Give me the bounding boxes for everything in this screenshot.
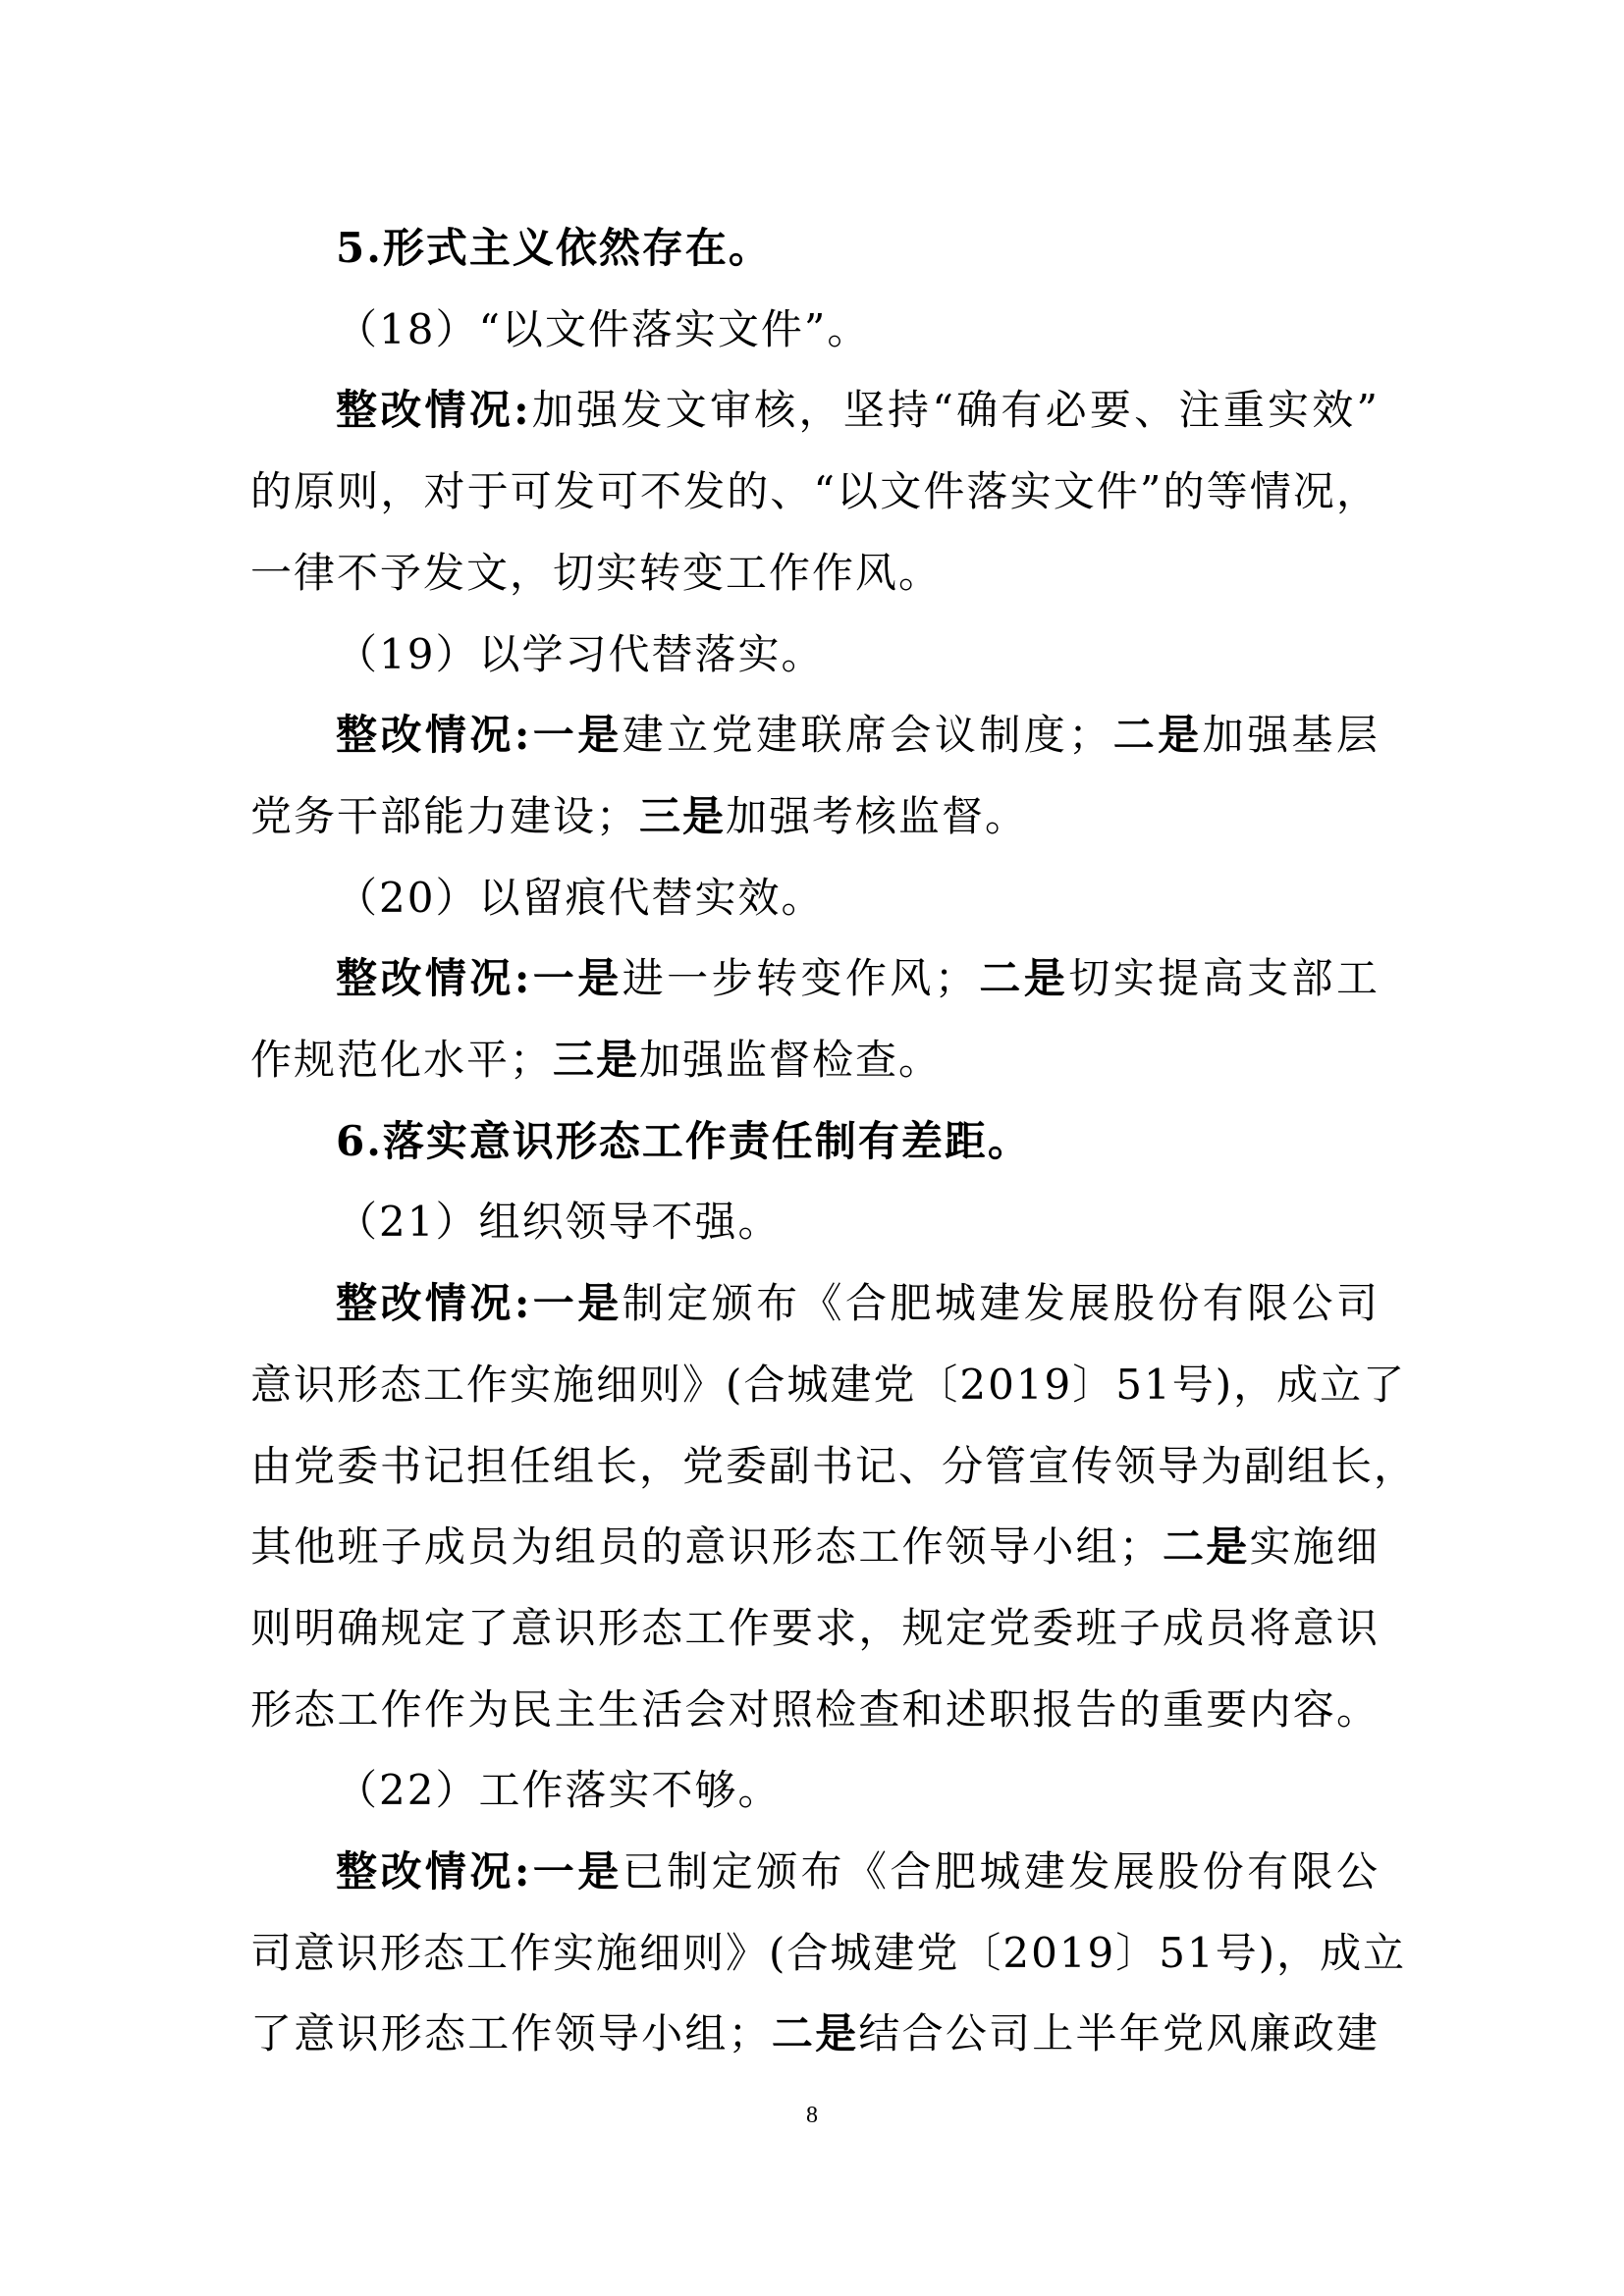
text-span: 已制定颁布《合肥城建发展股份有限公 [623, 1847, 1380, 1896]
text-line: 整改情况:一是建立党建联席会议制度；二是加强基层 [336, 694, 1380, 775]
text-line: 的原则，对于可发可不发的、“以文件落实文件”的等情况， [250, 451, 1380, 532]
text-line: 由党委书记担任组长，党委副书记、分管宣传领导为副组长， [250, 1425, 1380, 1507]
text-line: 一律不予发文，切实转变工作作风。 [250, 532, 1380, 614]
text-line: 作规范化水平；三是加强监督检查。 [250, 1019, 1380, 1100]
bold-text: 三是 [553, 1036, 639, 1084]
bold-text: 二是 [772, 2009, 859, 2057]
text-span: 由党委书记担任组长，党委副书记、分管宣传领导为副组长， [250, 1442, 1417, 1490]
text-span: 司意识形态工作实施细则》(合城建党〔2019〕51号)，成立 [250, 1929, 1406, 1977]
bold-text: 一是 [531, 954, 622, 1002]
page-number: 8 [0, 2103, 1624, 2129]
text-span: 的原则，对于可发可不发的、“以文件落实文件”的等情况， [250, 467, 1380, 515]
bold-text: 二是 [1111, 711, 1202, 759]
bold-text: 一是 [531, 1847, 622, 1896]
bold-text: 二是 [1163, 1522, 1250, 1571]
text-span: 结合公司上半年党风廉政建 [858, 2009, 1380, 2057]
text-line: 意识形态工作实施细则》(合城建党〔2019〕51号)，成立了 [250, 1344, 1380, 1425]
text-span: （18）“以文件落实文件”。 [336, 305, 870, 353]
text-span: 其他班子成员为组员的意识形态工作领导小组； [250, 1522, 1163, 1571]
bold-text: 整改情况: [336, 1847, 531, 1896]
text-line: （18）“以文件落实文件”。 [336, 289, 1380, 370]
text-span: 加强考核监督。 [726, 792, 1028, 840]
text-span: （21）组织领导不强。 [336, 1198, 781, 1246]
text-span: 建立党建联席会议制度； [623, 711, 1112, 759]
text-line: （20）以留痕代替实效。 [336, 857, 1380, 938]
text-line: 了意识形态工作领导小组；二是结合公司上半年党风廉政建 [250, 1993, 1380, 2074]
text-line: 整改情况:加强发文审核，坚持“确有必要、注重实效” [336, 369, 1380, 451]
section-heading: 5.形式主义依然存在。 [336, 207, 1380, 289]
bold-text: 6.落实意识形态工作责任制有差距。 [336, 1117, 1031, 1165]
text-span: 意识形态工作实施细则》(合城建党〔2019〕51号)，成立了 [250, 1361, 1406, 1409]
text-span: 党务干部能力建设； [250, 792, 639, 840]
text-line: 整改情况:一是制定颁布《合肥城建发展股份有限公司 [336, 1262, 1380, 1344]
text-line: 其他班子成员为组员的意识形态工作领导小组；二是实施细 [250, 1506, 1380, 1587]
text-span: 实施细 [1249, 1522, 1379, 1571]
text-span: 切实提高支部工 [1068, 954, 1380, 1002]
document-page: 5.形式主义依然存在。（18）“以文件落实文件”。整改情况:加强发文审核，坚持“… [0, 0, 1624, 2296]
text-line: 司意识形态工作实施细则》(合城建党〔2019〕51号)，成立 [250, 1912, 1380, 1994]
text-span: 加强基层 [1203, 711, 1380, 759]
text-span: （20）以留痕代替实效。 [336, 874, 824, 922]
text-line: 形态工作作为民主生活会对照检查和述职报告的重要内容。 [250, 1669, 1380, 1750]
text-span: 进一步转变作风； [623, 954, 978, 1002]
text-line: （21）组织领导不强。 [336, 1181, 1380, 1262]
text-span: 加强监督检查。 [639, 1036, 942, 1084]
text-span: 则明确规定了意识形态工作要求，规定党委班子成员将意识 [250, 1604, 1380, 1652]
text-line: （22）工作落实不够。 [336, 1749, 1380, 1831]
text-span: （19）以学习代替落实。 [336, 630, 824, 678]
text-line: （19）以学习代替落实。 [336, 614, 1380, 695]
text-span: 制定颁布《合肥城建发展股份有限公司 [623, 1279, 1380, 1327]
text-line: 党务干部能力建设；三是加强考核监督。 [250, 775, 1380, 857]
bold-text: 二是 [978, 954, 1068, 1002]
text-line: 则明确规定了意识形态工作要求，规定党委班子成员将意识 [250, 1587, 1380, 1669]
text-span: 了意识形态工作领导小组； [250, 2009, 772, 2057]
text-span: 作规范化水平； [250, 1036, 553, 1084]
bold-text: 整改情况: [336, 1279, 531, 1327]
bold-text: 一是 [531, 1279, 622, 1327]
bold-text: 三是 [639, 792, 726, 840]
text-span: （22）工作落实不够。 [336, 1766, 781, 1814]
bold-text: 整改情况: [336, 386, 531, 434]
bold-text: 整改情况: [336, 954, 531, 1002]
bold-text: 整改情况: [336, 711, 531, 759]
text-span: 一律不予发文，切实转变工作作风。 [250, 549, 942, 597]
text-span: 形态工作作为民主生活会对照检查和述职报告的重要内容。 [250, 1685, 1380, 1734]
text-line: 整改情况:一是进一步转变作风；二是切实提高支部工 [336, 937, 1380, 1019]
text-line: 整改情况:一是已制定颁布《合肥城建发展股份有限公 [336, 1831, 1380, 1912]
bold-text: 一是 [531, 711, 622, 759]
bold-text: 5.形式主义依然存在。 [336, 224, 772, 272]
section-heading: 6.落实意识形态工作责任制有差距。 [336, 1100, 1380, 1182]
text-span: 加强发文审核，坚持“确有必要、注重实效” [531, 386, 1380, 434]
